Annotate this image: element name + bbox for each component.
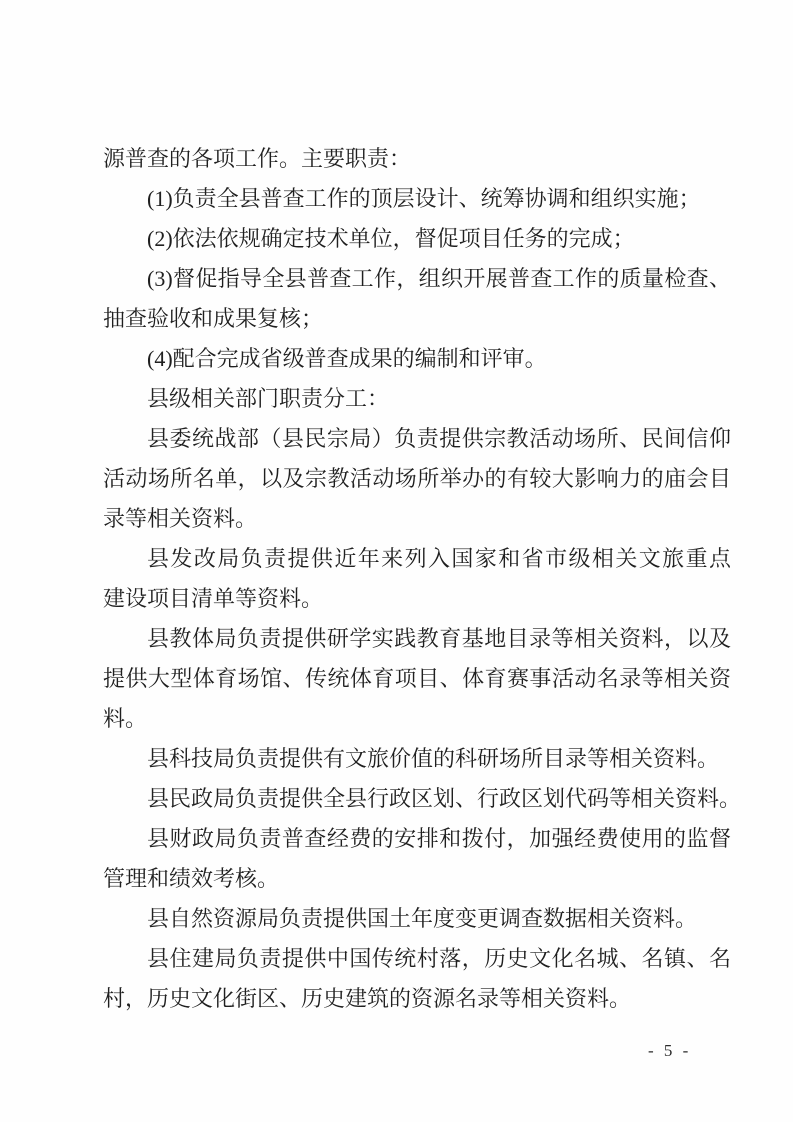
text-line: 提供大型体育场馆、传统体育项目、体育赛事活动名录等相关资 <box>103 659 731 699</box>
paragraph: 县自然资源局负责提供国土年度变更调查数据相关资料。 <box>103 899 731 939</box>
paragraph: (1)负责全县普查工作的顶层设计、统筹协调和组织实施； <box>103 179 731 219</box>
paragraph: 县科技局负责提供有文旅价值的科研场所目录等相关资料。 <box>103 739 731 779</box>
paragraph: 县住建局负责提供中国传统村落，历史文化名城、名镇、名村，历史文化街区、历史建筑的… <box>103 939 731 1019</box>
text-line: (4)配合完成省级普查成果的编制和评审。 <box>103 339 731 379</box>
paragraph: (2)依法依规确定技术单位，督促项目任务的完成； <box>103 219 731 259</box>
paragraph: 县民政局负责提供全县行政区划、行政区划代码等相关资料。 <box>103 779 731 819</box>
text-line: 管理和绩效考核。 <box>103 859 731 899</box>
text-line: 录等相关资料。 <box>103 499 731 539</box>
text-line: 县民政局负责提供全县行政区划、行政区划代码等相关资料。 <box>103 779 731 819</box>
document-page: 源普查的各项工作。主要职责：(1)负责全县普查工作的顶层设计、统筹协调和组织实施… <box>0 0 793 1122</box>
paragraph: 源普查的各项工作。主要职责： <box>103 139 731 179</box>
paragraph: 县发改局负责提供近年来列入国家和省市级相关文旅重点建设项目清单等资料。 <box>103 539 731 619</box>
text-line: 县科技局负责提供有文旅价值的科研场所目录等相关资料。 <box>103 739 731 779</box>
paragraph: (3)督促指导全县普查工作，组织开展普查工作的质量检查、抽查验收和成果复核； <box>103 259 731 339</box>
text-line: 县发改局负责提供近年来列入国家和省市级相关文旅重点 <box>103 539 731 579</box>
paragraph: 县教体局负责提供研学实践教育基地目录等相关资料，以及提供大型体育场馆、传统体育项… <box>103 619 731 739</box>
text-line: 抽查验收和成果复核； <box>103 299 731 339</box>
text-line: 村，历史文化街区、历史建筑的资源名录等相关资料。 <box>103 979 731 1019</box>
text-line: 县自然资源局负责提供国土年度变更调查数据相关资料。 <box>103 899 731 939</box>
paragraph: (4)配合完成省级普查成果的编制和评审。 <box>103 339 731 379</box>
paragraph: 县财政局负责普查经费的安排和拨付，加强经费使用的监督管理和绩效考核。 <box>103 819 731 899</box>
text-line: (2)依法依规确定技术单位，督促项目任务的完成； <box>103 219 731 259</box>
text-line: 县教体局负责提供研学实践教育基地目录等相关资料，以及 <box>103 619 731 659</box>
paragraph: 县委统战部（县民宗局）负责提供宗教活动场所、民间信仰活动场所名单，以及宗教活动场… <box>103 419 731 539</box>
text-body: 源普查的各项工作。主要职责：(1)负责全县普查工作的顶层设计、统筹协调和组织实施… <box>103 0 731 1019</box>
text-line: 县住建局负责提供中国传统村落，历史文化名城、名镇、名 <box>103 939 731 979</box>
paragraph: 县级相关部门职责分工： <box>103 379 731 419</box>
page-number: - 5 - <box>648 1041 691 1061</box>
text-line: 建设项目清单等资料。 <box>103 579 731 619</box>
text-line: 料。 <box>103 699 731 739</box>
text-line: 县级相关部门职责分工： <box>103 379 731 419</box>
text-line: 县委统战部（县民宗局）负责提供宗教活动场所、民间信仰 <box>103 419 731 459</box>
text-line: 县财政局负责普查经费的安排和拨付，加强经费使用的监督 <box>103 819 731 859</box>
text-line: 源普查的各项工作。主要职责： <box>103 139 731 179</box>
text-line: 活动场所名单，以及宗教活动场所举办的有较大影响力的庙会目 <box>103 459 731 499</box>
text-line: (3)督促指导全县普查工作，组织开展普查工作的质量检查、 <box>103 259 731 299</box>
text-line: (1)负责全县普查工作的顶层设计、统筹协调和组织实施； <box>103 179 731 219</box>
